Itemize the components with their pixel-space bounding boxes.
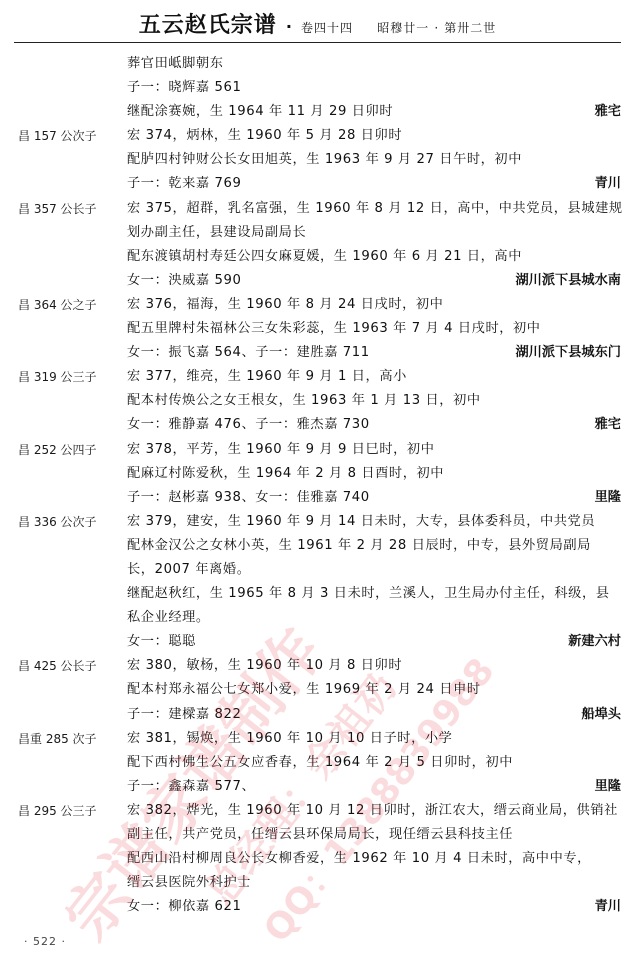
entry-line: 配林金汉公之女林小英，生 1961 年 2 月 28 日辰时，中专，县外贸局副局: [0, 534, 635, 558]
entry-text: 配东渡镇胡村寿廷公四女麻夏媛，生 1960 年 6 月 21 日，高中: [127, 245, 522, 269]
entry-line: 昌 357 公长子宏 375，超群，乳名富强，生 1960 年 8 月 12 日…: [0, 197, 635, 221]
entry-text: 配麻辽村陈爱秋，生 1964 年 2 月 8 日酉时，初中: [127, 462, 444, 486]
entry-text: 副主任，共产党员，任缙云县环保局局长，现任缙云县科技主任: [127, 823, 513, 847]
branch-label: 昭穆廿一: [377, 21, 429, 35]
generation-label: 第卅二世: [444, 21, 496, 35]
parent-reference: 昌重 285 次子: [18, 727, 97, 751]
entry-text: 宏 377，维亮，生 1960 年 9 月 1 日，高小: [127, 365, 407, 389]
entry-text: 配本村传焕公之女王根女，生 1963 年 1 月 13 日，初中: [127, 389, 481, 413]
entry-line: 女一：柳依嘉 621青川: [0, 895, 635, 919]
entry-text: 私企业经理。: [127, 606, 210, 630]
entry-text: 子一：乾来嘉 769: [127, 172, 242, 196]
entry-text: 配本村郑永福公七女郑小爱，生 1969 年 2 月 24 日申时: [127, 678, 481, 702]
entry-text: 宏 381，锡焕，生 1960 年 10 月 10 日子时，小学: [127, 727, 452, 751]
page-number: · 522 ·: [24, 935, 66, 948]
entry-text: 配西山沿村柳周良公长女柳香爱，生 1962 年 10 月 4 日未时，高中中专，: [127, 847, 591, 871]
entry-line: 配本村郑永福公七女郑小爱，生 1969 年 2 月 24 日申时: [0, 678, 635, 702]
entry-text: 子一：建樑嘉 822: [127, 703, 242, 727]
entry-text: 划办副主任，县建设局副局长: [127, 221, 306, 245]
entry-line: 昌 319 公三子宏 377，维亮，生 1960 年 9 月 1 日，高小: [0, 365, 635, 389]
parent-reference: 昌 364 公之子: [18, 293, 97, 317]
entry-line: 子一：晓辉嘉 561: [0, 76, 635, 100]
entry-line: 长，2007 年离婚。: [0, 558, 635, 582]
entry-text: 配林金汉公之女林小英，生 1961 年 2 月 28 日辰时，中专，县外贸局副局: [127, 534, 591, 558]
residence-place: 青川: [595, 172, 621, 196]
residence-place: 新建六村: [568, 630, 621, 654]
page-title: 五云赵氏宗谱: [139, 12, 277, 38]
entry-text: 配五里牌村朱福林公三女朱彩蕊，生 1963 年 7 月 4 日戌时，初中: [127, 317, 541, 341]
entry-text: 宏 374，炳林，生 1960 年 5 月 28 日卯时: [127, 124, 402, 148]
entry-line: 私企业经理。: [0, 606, 635, 630]
entry-text: 子一：晓辉嘉 561: [127, 76, 242, 100]
entry-text: 葬官田岻脚朝东: [127, 52, 224, 76]
header-separator: ·: [286, 17, 292, 36]
entry-text: 子一：鑫森嘉 577、: [127, 775, 255, 799]
entry-text: 宏 375，超群，乳名富强，生 1960 年 8 月 12 日，高中，中共党员，…: [127, 197, 623, 221]
page-header: 五云赵氏宗谱 · 卷四十四 昭穆廿一 · 第卅二世: [0, 8, 635, 38]
entry-line: 昌 425 公长子宏 380，敏杨，生 1960 年 10 月 8 日卯时: [0, 654, 635, 678]
entry-line: 配东渡镇胡村寿廷公四女麻夏媛，生 1960 年 6 月 21 日，高中: [0, 245, 635, 269]
entry-text: 宏 378，平芳，生 1960 年 9 月 9 日巳时，初中: [127, 438, 434, 462]
parent-reference: 昌 157 公次子: [18, 124, 97, 148]
entry-line: 女一：雅静嘉 476、子一：雅杰嘉 730雅宅: [0, 413, 635, 437]
entry-line: 副主任，共产党员，任缙云县环保局局长，现任缙云县科技主任: [0, 823, 635, 847]
entry-text: 女一：柳依嘉 621: [127, 895, 242, 919]
entry-text: 缙云县医院外科护士: [127, 871, 251, 895]
residence-place: 雅宅: [595, 413, 621, 437]
entry-line: 配西山沿村柳周良公长女柳香爱，生 1962 年 10 月 4 日未时，高中中专，: [0, 847, 635, 871]
entry-line: 子一：乾来嘉 769青川: [0, 172, 635, 196]
residence-place: 里隆: [595, 486, 621, 510]
entry-text: 配下西村佛生公五女应香春，生 1964 年 2 月 5 日卯时，初中: [127, 751, 513, 775]
entry-text: 继配赵秋红，生 1965 年 8 月 3 日未时，兰溪人，卫生局办付主任，科级，…: [127, 582, 610, 606]
entry-line: 子一：鑫森嘉 577、里隆: [0, 775, 635, 799]
entry-line: 子一：赵彬嘉 938、女一：佳雅嘉 740里隆: [0, 486, 635, 510]
entry-line: 女一：振飞嘉 564、子一：建胜嘉 711湖川派下县城东门: [0, 341, 635, 365]
entry-text: 宏 382，烨光，生 1960 年 10 月 12 日卯时，浙江农大，缙云商业局…: [127, 799, 618, 823]
entry-line: 昌 252 公四子宏 378，平芳，生 1960 年 9 月 9 日巳时，初中: [0, 438, 635, 462]
residence-place: 雅宅: [595, 100, 621, 124]
residence-place: 青川: [595, 895, 621, 919]
entry-text: 宏 379，建安，生 1960 年 9 月 14 日未时，大专，县体委科员，中共…: [127, 510, 595, 534]
residence-place: 湖川派下县城水南: [516, 269, 622, 293]
entry-line: 配胪四村钟财公长女田旭英，生 1963 年 9 月 27 日午时，初中: [0, 148, 635, 172]
entry-text: 子一：赵彬嘉 938、女一：佳雅嘉 740: [127, 486, 370, 510]
entry-text: 女一：聪聪: [127, 630, 196, 654]
parent-reference: 昌 357 公长子: [18, 197, 97, 221]
entry-text: 女一：雅静嘉 476、子一：雅杰嘉 730: [127, 413, 370, 437]
entry-line: 昌重 285 次子宏 381，锡焕，生 1960 年 10 月 10 日子时，小…: [0, 727, 635, 751]
parent-reference: 昌 319 公三子: [18, 365, 97, 389]
entry-line: 女一：聪聪新建六村: [0, 630, 635, 654]
entry-line: 昌 336 公次子宏 379，建安，生 1960 年 9 月 14 日未时，大专…: [0, 510, 635, 534]
entry-line: 继配涂赛婉，生 1964 年 11 月 29 日卯时雅宅: [0, 100, 635, 124]
residence-place: 湖川派下县城东门: [516, 341, 622, 365]
header-divider: [14, 42, 621, 43]
parent-reference: 昌 425 公长子: [18, 654, 97, 678]
entry-text: 宏 380，敏杨，生 1960 年 10 月 8 日卯时: [127, 654, 402, 678]
entry-line: 配麻辽村陈爱秋，生 1964 年 2 月 8 日酉时，初中: [0, 462, 635, 486]
entry-line: 子一：建樑嘉 822船埠头: [0, 703, 635, 727]
entry-line: 配下西村佛生公五女应香春，生 1964 年 2 月 5 日卯时，初中: [0, 751, 635, 775]
entry-line: 配五里牌村朱福林公三女朱彩蕊，生 1963 年 7 月 4 日戌时，初中: [0, 317, 635, 341]
entry-text: 宏 376，福海，生 1960 年 8 月 24 日戌时，初中: [127, 293, 443, 317]
entry-text: 继配涂赛婉，生 1964 年 11 月 29 日卯时: [127, 100, 393, 124]
parent-reference: 昌 252 公四子: [18, 438, 97, 462]
header-separator-2: ·: [434, 21, 439, 35]
parent-reference: 昌 336 公次子: [18, 510, 97, 534]
entry-line: 昌 157 公次子宏 374，炳林，生 1960 年 5 月 28 日卯时: [0, 124, 635, 148]
entry-text: 女一：泱威嘉 590: [127, 269, 242, 293]
entry-line: 昌 295 公三子宏 382，烨光，生 1960 年 10 月 12 日卯时，浙…: [0, 799, 635, 823]
entry-line: 昌 364 公之子宏 376，福海，生 1960 年 8 月 24 日戌时，初中: [0, 293, 635, 317]
residence-place: 船埠头: [581, 703, 621, 727]
entry-line: 继配赵秋红，生 1965 年 8 月 3 日未时，兰溪人，卫生局办付主任，科级，…: [0, 582, 635, 606]
parent-reference: 昌 295 公三子: [18, 799, 97, 823]
entry-text: 配胪四村钟财公长女田旭英，生 1963 年 9 月 27 日午时，初中: [127, 148, 522, 172]
entry-line: 女一：泱威嘉 590湖川派下县城水南: [0, 269, 635, 293]
volume-label: 卷四十四: [301, 21, 353, 35]
entry-text: 女一：振飞嘉 564、子一：建胜嘉 711: [127, 341, 370, 365]
entry-line: 缙云县医院外科护士: [0, 871, 635, 895]
entry-text: 长，2007 年离婚。: [127, 558, 250, 582]
entry-line: 划办副主任，县建设局副局长: [0, 221, 635, 245]
entry-line: 葬官田岻脚朝东: [0, 52, 635, 76]
entry-line: 配本村传焕公之女王根女，生 1963 年 1 月 13 日，初中: [0, 389, 635, 413]
residence-place: 里隆: [595, 775, 621, 799]
genealogy-entries: 葬官田岻脚朝东子一：晓辉嘉 561继配涂赛婉，生 1964 年 11 月 29 …: [0, 52, 635, 919]
